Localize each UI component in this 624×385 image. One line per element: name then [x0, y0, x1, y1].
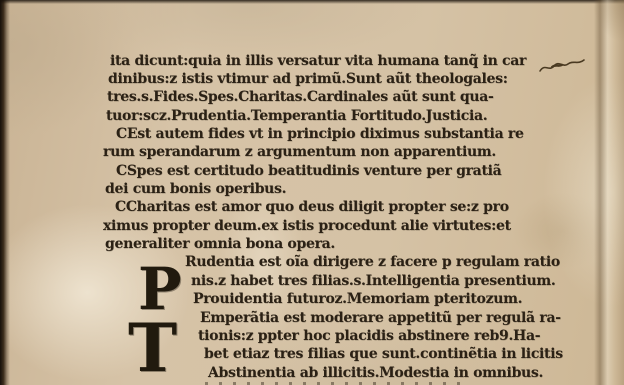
text-line: CEst autem fides vt in principio diximus…: [116, 126, 524, 142]
text-line: Abstinentia ab illicitis.Modestia in omn…: [208, 365, 543, 381]
text-line: dei cum bonis operibus.: [105, 181, 286, 197]
text-line: bet etiaz tres filias que sunt.continẽti…: [204, 346, 563, 362]
text-line: CSpes est certitudo beatitudinis venture…: [116, 163, 501, 179]
text-line: CCharitas est amor quo deus diligit prop…: [115, 199, 509, 215]
text-line: dinibus:z istis vtimur ad primũ.Sunt aũt…: [108, 71, 508, 87]
text-line: rum sperandarum z argumentum non apparen…: [103, 144, 496, 160]
text-line: ximus propter deum.ex istis procedunt al…: [103, 218, 511, 234]
text-line: Emperãtia est moderare appetitũ per regu…: [200, 310, 561, 326]
text-line: ita dicunt:quia in illis versatur vita h…: [110, 53, 526, 69]
photographed-book-page: ita dicunt:quia in illis versatur vita h…: [0, 0, 624, 385]
text-line: Rudentia est oĩa dirigere z facere p reg…: [185, 254, 560, 270]
text-line: tres.s.Fides.Spes.Charitas.Cardinales aũ…: [107, 89, 494, 105]
page-top-edge-shadow: [0, 0, 624, 4]
drop-cap-initial-T: T: [128, 322, 177, 375]
page-corner-shading: [584, 0, 624, 60]
text-line: tuor:scz.Prudentia.Temperantia Fortitudo…: [106, 108, 487, 124]
text-line: Prouidentia futuroz.Memoriam pteritozum.: [193, 291, 522, 307]
text-line: generaliter omnia bona opera.: [105, 236, 335, 252]
text-line: tionis:z ppter hoc placidis abstinere re…: [198, 328, 540, 344]
text-line: nis.z habet tres filias.s.Intelligentia …: [191, 273, 556, 289]
page-left-edge-shadow: [0, 0, 10, 385]
drop-cap-initial-P: P: [138, 266, 182, 312]
ink-flourish-mark: [538, 55, 586, 79]
